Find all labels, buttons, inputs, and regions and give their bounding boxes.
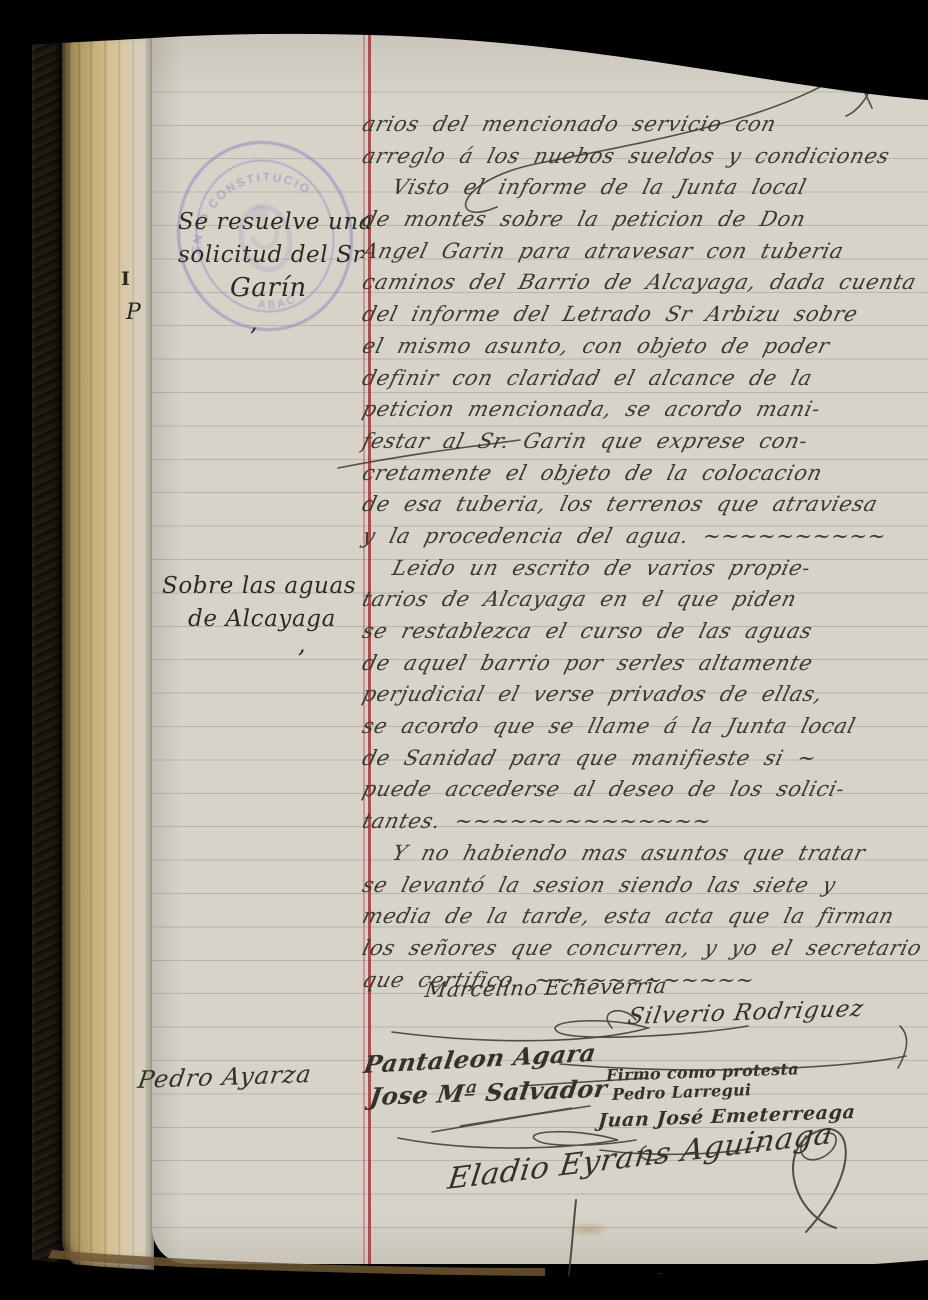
body-line-4: de montes sobre la peticion de Don — [358, 207, 928, 239]
book-scan: I P ENTO CONSTITUCIO ABAC — [0, 0, 928, 1300]
body-line-18: de aquel barrio por serles altamente — [358, 651, 928, 683]
body-line-1: arios del mencionado servicio con — [358, 112, 928, 144]
body-line-14: y la procedencia del agua. ~~~~~~~~~~ — [358, 524, 928, 556]
body-line-24: Y no habiendo mas asuntos que tratar — [358, 841, 928, 873]
body-line-3: Visto el informe de la Junta local — [358, 175, 928, 207]
ink-comma-1: , — [250, 308, 258, 336]
book-cover-edge — [32, 8, 63, 1290]
body-line-27: los señores que concurren, y yo el secre… — [358, 936, 928, 968]
margin-note-garin: Se resuelve una solicitud del Sr Garín — [178, 206, 373, 305]
body-line-9: definir con claridad el alcance de la — [358, 366, 928, 398]
body-line-25: se levantó la sesion siendo las siete y — [358, 873, 928, 905]
body-line-8: el mismo asunto, con objeto de poder — [358, 334, 928, 366]
margin-note-line: de Alcayaga — [162, 603, 356, 636]
body-line-5: Angel Garin para atravesar con tuberia — [358, 239, 928, 271]
body-line-17: se restablezca el curso de las aguas — [358, 619, 928, 651]
margin-note-line: Se resuelve una — [178, 206, 373, 239]
body-line-16: tarios de Alcayaga en el que piden — [358, 587, 928, 619]
body-line-22: puede accederse al deseo de los solici- — [358, 777, 928, 809]
edge-ink-mark-2: P — [126, 300, 141, 325]
body-line-15: Leido un escrito de varios propie- — [358, 556, 928, 588]
edge-ink-mark-1: I — [121, 268, 130, 290]
ink-comma-2: , — [298, 630, 306, 658]
margin-note-line: Sobre las aguas — [162, 570, 356, 603]
body-line-12: cretamente el objeto de la colocacion — [358, 461, 928, 493]
body-line-2: arreglo á los nuebos sueldos y condicion… — [358, 144, 928, 176]
body-line-10: peticion mencionada, se acordo mani- — [358, 397, 928, 429]
body-line-13: de esa tuberia, los terrenos que atravie… — [358, 492, 928, 524]
body-line-19: perjudicial el verse privados de ellas, — [358, 682, 928, 714]
body-line-7: del informe del Letrado Sr Arbizu sobre — [358, 302, 928, 334]
signature-marcelino-echeverria: Marcelino Echeverria — [424, 974, 669, 1002]
margin-note-line: solicitud del Sr — [178, 239, 373, 272]
body-line-26: media de la tarde, esta acta que la firm… — [358, 904, 928, 936]
margin-note-line: Garín — [178, 272, 373, 305]
body-line-11: festar al Sr. Garin que exprese con- — [358, 429, 928, 461]
body-line-6: caminos del Barrio de Alcayaga, dada cue… — [358, 270, 928, 302]
minutes-body: arios del mencionado servicio conarreglo… — [358, 112, 928, 999]
body-line-23: tantes. ~~~~~~~~~~~~~~ — [358, 809, 928, 841]
paper-stain — [565, 1222, 611, 1237]
margin-note-aguas: Sobre las aguas de Alcayaga — [162, 570, 356, 636]
body-line-20: se acordo que se llame á la Junta local — [358, 714, 928, 746]
manuscript-page: ENTO CONSTITUCIO ABAC Se resuelve una so… — [152, 30, 928, 1264]
body-line-21: de Sanidad para que manifieste si ~ — [358, 746, 928, 778]
